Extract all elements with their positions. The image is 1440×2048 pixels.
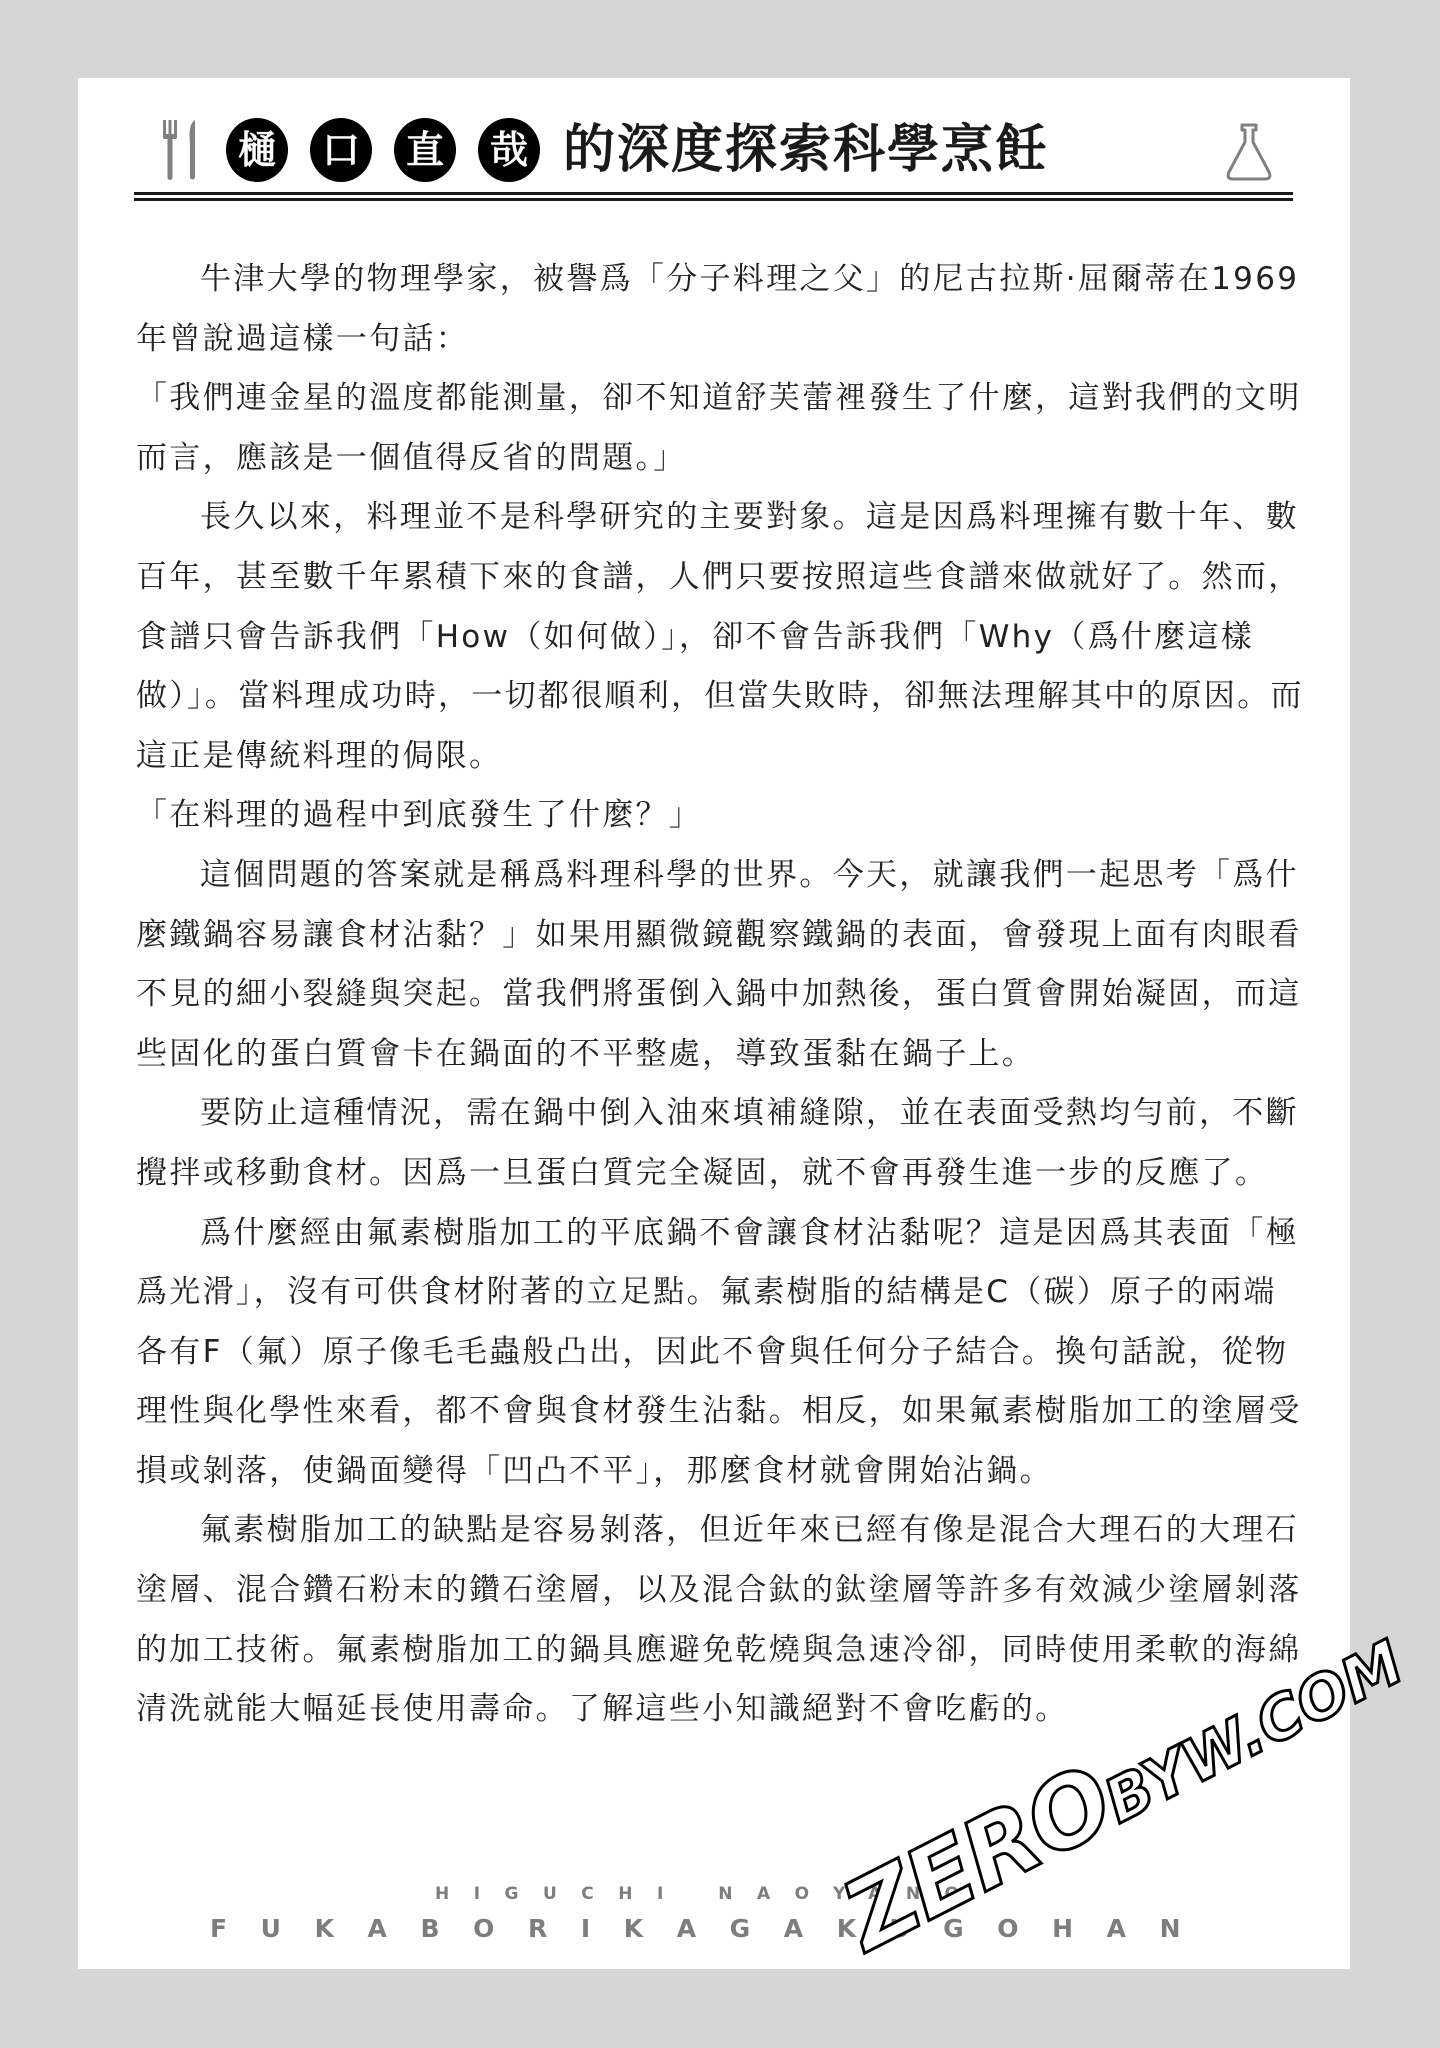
article-body: 牛津大學的物理學家，被譽爲「分子料理之父」的尼古拉斯·屈爾蒂在1969年曾說過這… bbox=[136, 250, 1306, 1740]
quote-paragraph: 「在料理的過程中到底發生了什麼？」 bbox=[136, 786, 1306, 846]
fork-knife-icon bbox=[162, 120, 206, 180]
paragraph: 長久以來，料理並不是科學研究的主要對象。這是因爲料理擁有數十年、數百年，甚至數千… bbox=[136, 488, 1306, 786]
footer-book-title-line: FUKABORIKAGAKUGOHAN bbox=[210, 1915, 1214, 1943]
paragraph: 這個問題的答案就是稱爲料理科學的世界。今天，就讓我們一起思考「爲什麼鐵鍋容易讓食… bbox=[136, 846, 1306, 1084]
paragraph: 爲什麼經由氟素樹脂加工的平底鍋不會讓食材沾黏呢？這是因爲其表面「極爲光滑」，沒有… bbox=[136, 1204, 1306, 1502]
header-rule-top bbox=[134, 192, 1293, 195]
name-badge-3: 直 bbox=[394, 118, 456, 182]
paragraph: 氟素樹脂加工的缺點是容易剝落，但近年來已經有像是混合大理石的大理石塗層、混合鑽石… bbox=[136, 1501, 1306, 1739]
header-rule-bottom bbox=[134, 198, 1293, 201]
flask-icon bbox=[1225, 122, 1273, 182]
page-header: 樋 口 直 哉 的深度探索科學烹飪 bbox=[78, 78, 1350, 208]
page: 樋 口 直 哉 的深度探索科學烹飪 牛津大學的物理學家，被譽爲「分子料理之父」的… bbox=[78, 78, 1350, 1969]
quote-paragraph: 「我們連金星的溫度都能測量，卻不知道舒芙蕾裡發生了什麼，這對我們的文明而言，應該… bbox=[136, 369, 1306, 488]
page-title: 的深度探索科學烹飪 bbox=[563, 116, 1049, 184]
name-badge-2: 口 bbox=[310, 118, 372, 182]
paragraph: 要防止這種情況，需在鍋中倒入油來填補縫隙，並在表面受熱均勻前，不斷攪拌或移動食材… bbox=[136, 1084, 1306, 1203]
name-badge-4: 哉 bbox=[478, 118, 540, 182]
name-badge-1: 樋 bbox=[226, 118, 288, 182]
paragraph: 牛津大學的物理學家，被譽爲「分子料理之父」的尼古拉斯·屈爾蒂在1969年曾說過這… bbox=[136, 250, 1306, 369]
